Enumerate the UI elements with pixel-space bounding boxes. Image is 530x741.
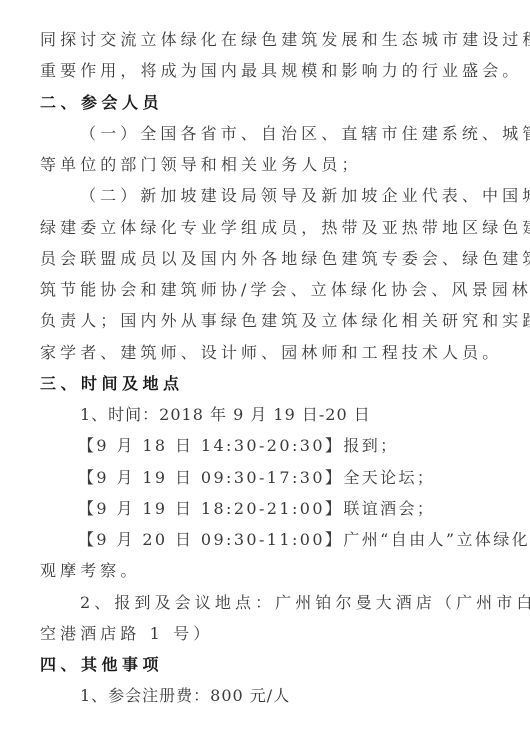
section-heading-other: 四、其他事项 [40, 649, 490, 680]
event-time: 1、时间：2018 年 9 月 19 日-20 日 [40, 399, 490, 430]
attendees-item-2-line-1: （二）新加坡建设局领导及新加坡企业代表、中国城科会 [40, 180, 490, 211]
attendees-item-1-line-1: （一）全国各省市、自治区、直辖市住建系统、城管系统 [40, 118, 490, 149]
schedule-continuation: 观摩考察。 [40, 555, 490, 586]
registration-fee: 1、参会注册费：800 元/人 [40, 680, 490, 711]
schedule-when: 【9 月 18 日 14:30-20:30】 [78, 436, 343, 455]
attendees-item-2-line-2: 绿建委立体绿化专业学组成员，热带及亚热带地区绿色建筑委 [40, 212, 490, 243]
intro-line-2: 重要作用，将成为国内最具规模和影响力的行业盛会。 [40, 55, 490, 86]
document-page: 同探讨交流立体绿化在绿色建筑发展和生态城市建设过程中的 重要作用，将成为国内最具… [40, 24, 490, 712]
schedule-when: 【9 月 20 日 09:30-11:00】 [78, 530, 343, 549]
attendees-item-2-line-5: 负责人；国内外从事绿色建筑及立体绿化相关研究和实践的专 [40, 305, 490, 336]
schedule-when: 【9 月 19 日 18:20-21:00】 [78, 499, 343, 518]
attendees-item-2-line-6: 家学者、建筑师、设计师、园林师和工程技术人员。 [40, 337, 490, 368]
intro-line-1: 同探讨交流立体绿化在绿色建筑发展和生态城市建设过程中的 [40, 24, 490, 55]
schedule-item: 【9 月 18 日 14:30-20:30】报到； [40, 430, 490, 461]
schedule-item: 【9 月 19 日 18:20-21:00】联谊酒会； [40, 493, 490, 524]
schedule-what: 报到； [343, 436, 398, 455]
venue-line-2: 空港酒店路 1 号） [40, 618, 490, 649]
attendees-item-2-line-3: 员会联盟成员以及国内外各地绿色建筑专委会、绿色建筑与建 [40, 243, 490, 274]
schedule-when: 【9 月 19 日 09:30-17:30】 [78, 468, 343, 487]
schedule-what: 联谊酒会； [343, 499, 435, 518]
attendees-item-2-line-4: 筑节能协会和建筑师协/学会、立体绿化协会、风景园林协会的 [40, 274, 490, 305]
schedule-item: 【9 月 19 日 09:30-17:30】全天论坛； [40, 462, 490, 493]
schedule-what: 广州“自由人”立体绿化项目 [343, 530, 530, 549]
venue-line-1: 2、报到及会议地点：广州铂尔曼大酒店（广州市白云机场 [40, 587, 490, 618]
section-heading-time-place: 三、时间及地点 [40, 368, 490, 399]
section-heading-attendees: 二、参会人员 [40, 87, 490, 118]
schedule-item: 【9 月 20 日 09:30-11:00】广州“自由人”立体绿化项目 [40, 524, 490, 555]
schedule-what: 全天论坛； [343, 468, 435, 487]
attendees-item-1-line-2: 等单位的部门领导和相关业务人员； [40, 149, 490, 180]
